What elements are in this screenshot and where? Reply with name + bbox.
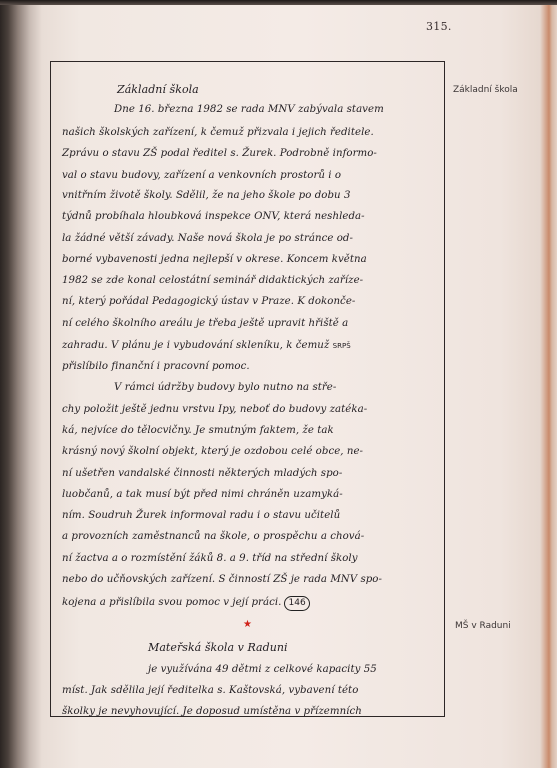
text-line: Zprávu o stavu ZŠ podal ředitel s. Žurek… xyxy=(62,148,434,159)
text-line: kojena a přislíbila svou pomoc v její pr… xyxy=(62,596,434,611)
text-line: ní žactva a o rozmístění žáků 8. a 9. tř… xyxy=(62,553,434,564)
text-line: Dne 16. března 1982 se rada MNV zabývala… xyxy=(114,104,486,115)
text-span: kojena a přislíbila svou pomoc v její pr… xyxy=(62,597,281,608)
text-line: krásný nový školní objekt, který je ozdo… xyxy=(62,446,434,457)
text-line: míst. Jak sdělila její ředitelka s. Kašt… xyxy=(62,685,434,696)
text-line: ká, nejvíce do tělocvičny. Je smutným fa… xyxy=(62,425,434,436)
section-heading: Mateřská škola v Raduni xyxy=(148,641,520,654)
text-line: zahradu. V plánu je i vybudování skleník… xyxy=(62,340,434,351)
page-number: 315. xyxy=(426,20,452,33)
text-line: je využívána 49 dětmi z celkové kapacity… xyxy=(148,664,520,675)
text-line: a provozních zaměstnanců na škole, o pro… xyxy=(62,531,434,542)
margin-note-ms-raduni: MŠ v Raduni xyxy=(455,621,511,631)
text-line: ní celého školního areálu je třeba ještě… xyxy=(62,318,434,329)
text-line: ním. Soudruh Žurek informoval radu i o s… xyxy=(62,510,434,521)
abbr-srps: SRPŠ xyxy=(333,342,351,350)
section-heading: Základní škola xyxy=(117,83,489,96)
text-line: ní ušetřen vandalské činnosti některých … xyxy=(62,468,434,479)
text-line: týdnů probíhala hloubková inspekce ONV, … xyxy=(62,211,434,222)
text-line: 1982 se zde konal celostátní seminář did… xyxy=(62,275,434,286)
text-line: přislíbilo finanční i pracovní pomoc. xyxy=(62,361,434,372)
text-line: la žádné větší závady. Naše nová škola j… xyxy=(62,233,434,244)
record-number-badge: 146 xyxy=(284,596,309,611)
text-line: val o stavu budovy, zařízení a venkovníc… xyxy=(62,170,434,181)
text-span: zahradu. V plánu je i vybudování skleník… xyxy=(62,340,329,351)
red-star-icon: ★ xyxy=(243,620,252,630)
text-line: V rámci údržby budovy bylo nutno na stře… xyxy=(114,382,486,393)
text-line: ní, který pořádal Pedagogický ústav v Pr… xyxy=(62,296,434,307)
scan-top-edge xyxy=(0,0,557,5)
text-line: luobčanů, a tak musí být před nimi chrán… xyxy=(62,489,434,500)
text-line: chy položit ještě jednu vrstvu Ipy, nebo… xyxy=(62,404,434,415)
text-line: borné vybavenosti jedna nejlepší v okres… xyxy=(62,254,434,265)
text-line: školky je nevyhovující. Je doposud umíst… xyxy=(62,706,434,717)
text-line: vnitřním životě školy. Sdělil, že na jeh… xyxy=(62,190,434,201)
text-line: nebo do učňovských zařízení. S činností … xyxy=(62,574,434,585)
text-line: našich školských zařízení, k čemuž přizv… xyxy=(62,127,434,138)
